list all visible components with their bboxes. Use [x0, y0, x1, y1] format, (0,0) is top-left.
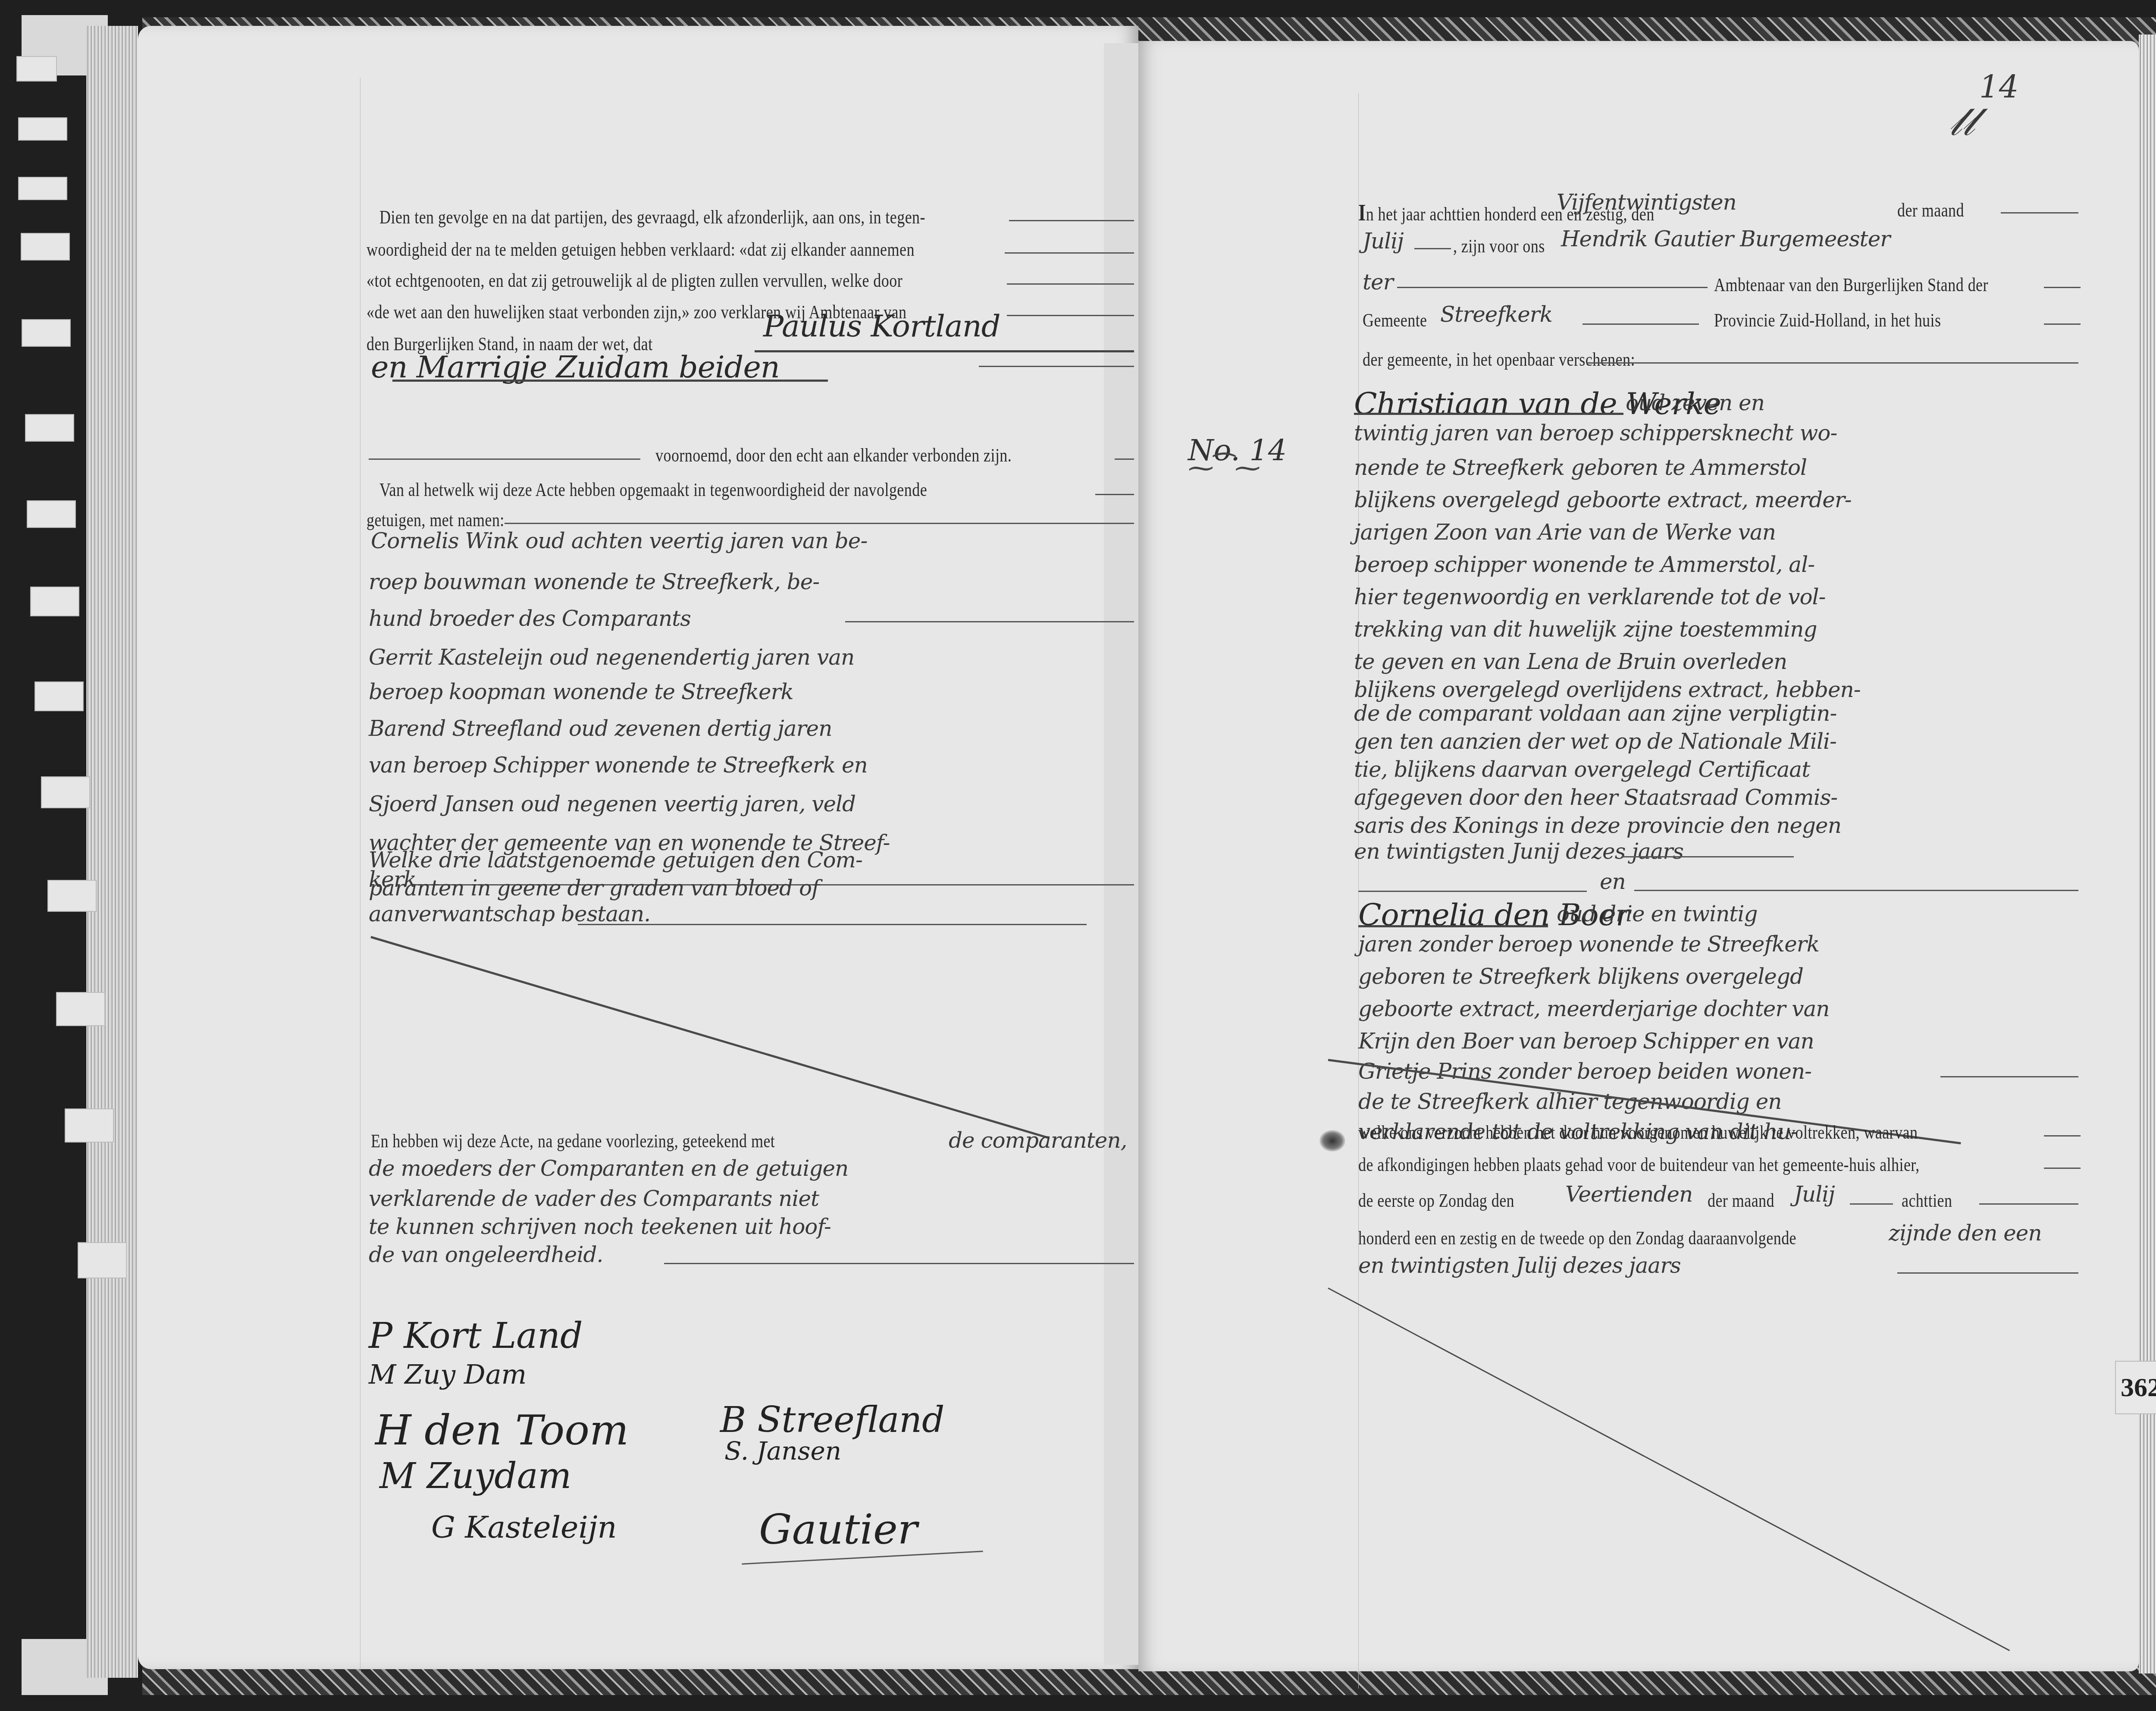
- fill-line: [1095, 494, 1134, 495]
- fill-line: [1587, 362, 2078, 364]
- printed-line: woordigheid der na te melden getuigen he…: [367, 239, 915, 261]
- groom-line: beroep schipper wonende te Ammerstol, al…: [1354, 552, 1814, 577]
- witness-line: roep bouwman wonende te Streefkerk, be-: [369, 569, 819, 594]
- printed-line: getuigen, met namen:: [367, 509, 505, 531]
- index-tab[interactable]: [56, 992, 105, 1026]
- signature: B Streefland: [720, 1400, 945, 1441]
- fill-line: [1583, 323, 1699, 325]
- fill-line: [369, 458, 640, 460]
- groom-line: jarigen Zoon van Arie van de Werke van: [1354, 520, 1776, 545]
- index-tab[interactable]: [78, 1242, 127, 1278]
- index-tab[interactable]: [25, 414, 74, 442]
- fill-line: [1979, 1203, 2078, 1205]
- bride-line: Krijn den Boer van beroep Schipper en va…: [1358, 1029, 1814, 1054]
- fill-line: [1397, 287, 1708, 288]
- groom-line: hier tegenwoordig en verklarende tot de …: [1354, 584, 1825, 609]
- fill-line: [979, 366, 1134, 367]
- municipality-field: Streefkerk: [1440, 302, 1552, 327]
- printed-line: Gemeente: [1363, 309, 1427, 331]
- signature: P Kort Land: [369, 1315, 583, 1356]
- folio-number: 14: [1979, 69, 2019, 105]
- groom-line: saris des Konings in deze provincie den …: [1354, 813, 1841, 838]
- closing-line: de comparanten,: [949, 1128, 1127, 1153]
- signature: G Kasteleijn: [431, 1510, 617, 1545]
- folio-mark: 𝓁𝓁: [1949, 99, 1975, 145]
- bride-line: geboren te Streefkerk blijkens overgeleg…: [1358, 964, 1803, 989]
- month-field: Julij: [1363, 229, 1404, 254]
- printed-line: de eerste op Zondag den: [1358, 1190, 1514, 1212]
- underline: [755, 350, 1134, 352]
- printed-line: Dien ten gevolge en na dat partijen, des…: [379, 206, 925, 228]
- printed-line: voornoemd, door den echt aan elkander ve…: [655, 444, 1012, 466]
- index-tab[interactable]: [30, 587, 79, 616]
- second-sunday-field: zijnde den een: [1889, 1221, 2042, 1246]
- printed-line: En hebben wij deze Acte, na gedane voorl…: [371, 1130, 775, 1152]
- witness-line: Gerrit Kasteleijn oud negenendertig jare…: [369, 645, 854, 670]
- fill-line: [664, 1263, 1134, 1264]
- groom-line: de de comparant voldaan aan zijne verpli…: [1354, 701, 1836, 726]
- printed-line: der maand: [1708, 1190, 1774, 1212]
- printed-line: , zijn voor ons: [1453, 235, 1545, 257]
- fill-line: [2001, 212, 2078, 213]
- first-sunday-field: Veertienden: [1565, 1182, 1692, 1207]
- bride-line: geboorte extract, meerderjarige dochter …: [1358, 996, 1830, 1021]
- second-sunday-cont: en twintigsten Julij dezes jaars: [1358, 1253, 1681, 1278]
- fill-line: [578, 924, 1087, 925]
- groom-line: oud zeven en: [1626, 390, 1764, 415]
- flourish-ornament: ⁓⁀⁓: [1188, 453, 1260, 483]
- underline: [392, 380, 828, 382]
- fill-line: [1414, 248, 1451, 249]
- fill-line: [1621, 856, 1794, 857]
- groom-line: en twintigsten Junij dezes jaars: [1354, 839, 1683, 864]
- witness-line: Welke drie laatstgenoemde getuigen den C…: [369, 848, 862, 873]
- fill-line: [1007, 315, 1134, 316]
- fill-line: [2044, 323, 2081, 325]
- printed-line: «tot echtgenooten, en dat zij getrouweli…: [367, 270, 903, 292]
- witness-line: Sjoerd Jansen oud negenen veertig jaren,…: [369, 791, 856, 816]
- groom-name-left: Paulus Kortland: [763, 308, 1000, 344]
- fill-line: [1005, 252, 1134, 254]
- fill-line: [2044, 287, 2081, 288]
- fill-line: [1007, 283, 1134, 285]
- closing-line: de van ongeleerdheid.: [369, 1242, 603, 1267]
- fill-line: [845, 621, 1134, 622]
- index-tab[interactable]: [34, 681, 84, 711]
- fill-line: [1009, 220, 1134, 221]
- fill-line: [2044, 1168, 2081, 1169]
- index-tab[interactable]: [22, 319, 71, 347]
- printed-line: Provincie Zuid-Holland, in het huis: [1714, 309, 1941, 331]
- witness-line: hund broeder des Comparants: [369, 606, 691, 631]
- fill-line: [1850, 1203, 1893, 1205]
- witness-line: beroep koopman wonende te Streefkerk: [369, 679, 793, 704]
- groom-line: afgegeven door den heer Staatsraad Commi…: [1354, 785, 1837, 810]
- printed-line: achttien: [1902, 1190, 1952, 1212]
- witness-line: Cornelis Wink oud achten veertig jaren v…: [371, 528, 867, 553]
- signature: S. Jansen: [724, 1436, 841, 1466]
- witness-line: aanverwantschap bestaan.: [369, 901, 650, 926]
- index-tab[interactable]: [18, 177, 67, 200]
- fill-line: [2044, 1135, 2081, 1136]
- bride-line: jaren zonder beroep wonende te Streefker…: [1358, 932, 1819, 957]
- groom-line: twintig jaren van beroep schippersknecht…: [1354, 421, 1837, 446]
- index-tab[interactable]: [21, 233, 70, 261]
- groom-line: nende te Streefkerk geboren te Ammerstol: [1354, 455, 1807, 480]
- closing-line: de moeders der Comparanten en de getuige…: [369, 1156, 848, 1181]
- signature: M Zuydam: [379, 1456, 571, 1497]
- closing-line: te kunnen schrijven noch teekenen uit ho…: [369, 1214, 831, 1239]
- closing-line: verklarende de vader des Comparants niet: [369, 1186, 819, 1211]
- margin-rule: [360, 78, 360, 1673]
- printed-line: der maand: [1897, 199, 1964, 221]
- fill-line: [1358, 891, 1587, 892]
- index-tab[interactable]: [41, 776, 90, 808]
- bride-line: oud drie en twintig: [1557, 901, 1757, 926]
- printed-line: Van al hetwelk wij deze Acte hebben opge…: [379, 479, 927, 501]
- fill-line: [505, 523, 1134, 524]
- index-tab[interactable]: [18, 117, 67, 141]
- page-stack-right: [2139, 35, 2156, 1673]
- printed-line: welke ons verzocht hebben het door hun v…: [1358, 1121, 1918, 1143]
- page-stack-left: [86, 26, 138, 1678]
- gutter-fold: [1104, 43, 1141, 1665]
- groom-line: blijkens overgelegd overlijdens extract,…: [1354, 677, 1861, 702]
- underline: [1358, 925, 1548, 927]
- signature: H den Toom: [375, 1406, 629, 1454]
- groom-line: te geven en van Lena de Bruin overleden: [1354, 649, 1787, 674]
- connector-en: en: [1600, 869, 1626, 894]
- printed-line: Ambtenaar van den Burgerlijken Stand der: [1714, 274, 1988, 296]
- fill-line: [1940, 1076, 2078, 1077]
- groom-line: blijkens overgelegd geboorte extract, me…: [1354, 487, 1852, 512]
- printed-line: de afkondigingen hebben plaats gehad voo…: [1358, 1154, 1920, 1176]
- fill-line: [1897, 1272, 2078, 1274]
- printed-line: der gemeente, in het openbaar verschenen…: [1363, 348, 1635, 370]
- day-field: Vijfentwintigsten: [1557, 190, 1736, 215]
- official-field: Hendrik Gautier Burgemeester: [1561, 226, 1890, 251]
- fill-line: [1634, 890, 2078, 891]
- signature: Gautier: [759, 1505, 918, 1554]
- witness-line: paranten in geene der graden van bloed o…: [369, 876, 819, 901]
- drop-initial: I: [1358, 199, 1366, 226]
- fill-line: [1115, 458, 1134, 460]
- groom-line: trekking van dit huwelijk zijne toestemm…: [1354, 617, 1817, 642]
- printed-line: honderd een en zestig en de tweede op de…: [1358, 1227, 1796, 1249]
- witness-line: Barend Streefland oud zevenen dertig jar…: [369, 716, 832, 741]
- ink-smudge: [1319, 1130, 1345, 1152]
- witness-line: van beroep Schipper wonende te Streefker…: [369, 753, 868, 778]
- underline: [1354, 413, 1623, 415]
- index-tab[interactable]: [65, 1108, 114, 1143]
- page-number-tab[interactable]: 362: [2115, 1361, 2156, 1414]
- index-tab[interactable]: [47, 880, 97, 912]
- index-tab[interactable]: [16, 56, 57, 82]
- groom-line: gen ten aanzien der wet op de Nationale …: [1354, 729, 1836, 754]
- signature: M Zuy Dam: [369, 1359, 526, 1390]
- first-month-field: Julij: [1794, 1182, 1835, 1207]
- index-tab[interactable]: [27, 500, 76, 528]
- ter-field: ter: [1363, 270, 1393, 295]
- groom-line: tie, blijkens daarvan overgelegd Certifi…: [1354, 757, 1810, 782]
